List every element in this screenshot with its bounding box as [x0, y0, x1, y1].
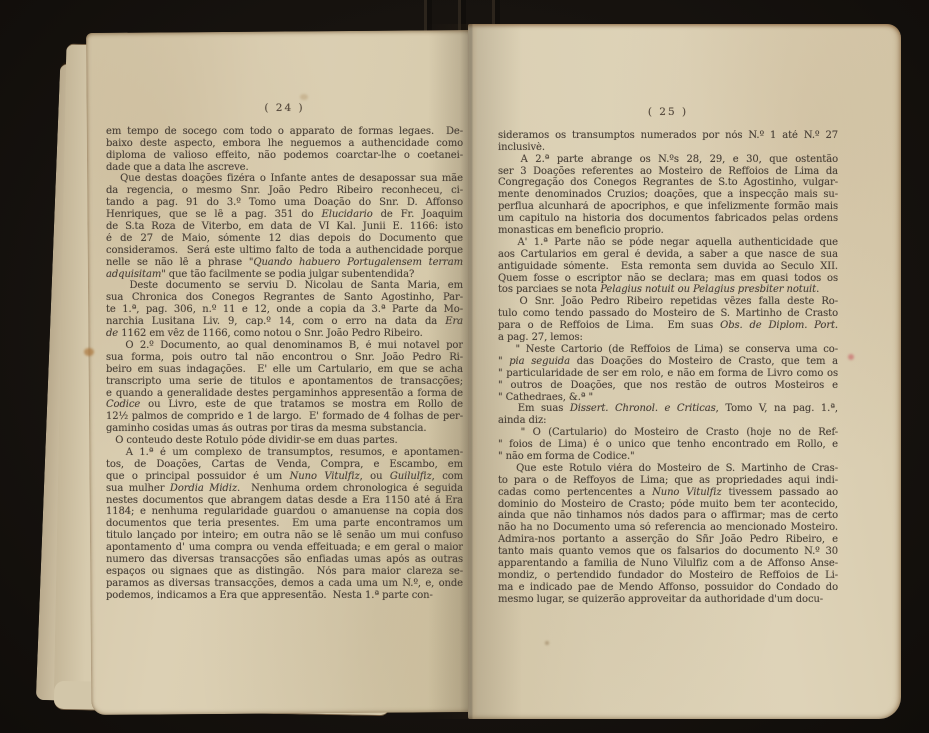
text-line: te 1.ª, pag. 306, n.º 11 e 12, onde a co…	[106, 304, 463, 316]
text-line: A' 1.ª Parte não se póde negar aquella a…	[498, 237, 838, 249]
text-line: monasticas em beneficio proprio.	[498, 225, 838, 237]
text-line: O 2.º Documento, ao qual denominamos B, …	[106, 340, 463, 352]
text-line: ser 3 Doações referentes ao Mosteiro de …	[498, 166, 838, 178]
text-line: narchia Lusitana Liv. 9, cap.º 14, com o…	[106, 316, 463, 328]
text-line: 1184; e nenhuma regularidade guardou o a…	[106, 506, 463, 518]
foxing-spot	[545, 641, 549, 645]
text-line: sua forma, pois outro tal não encontrou …	[106, 352, 463, 364]
text-line: A 2.ª parte abrange os N.ºs 28, 29, e 30…	[498, 154, 838, 166]
paragraph: O conteudo deste Rotulo póde dividir-se …	[106, 435, 463, 447]
paragraph: A' 1.ª Parte não se póde negar aquella a…	[498, 237, 838, 296]
text-line: em tempo de socego com todo o apparato d…	[106, 126, 463, 138]
text-line: A 1.ª é um complexo de transumptos, resu…	[106, 447, 463, 459]
text-line: para o de Reffoios de Lima. Em suas Obs.…	[498, 320, 838, 332]
text-line: tanto mais quanto vemos que os falsarios…	[498, 546, 838, 558]
paragraph: A 1.ª é um complexo de transumptos, resu…	[106, 447, 463, 602]
text-line: sideramos os transumptos numerados por n…	[498, 130, 838, 142]
text-line: não ha no Documento uma só referencia ao…	[498, 522, 838, 534]
paragraph: O Snr. João Pedro Ribeiro repetidas vêze…	[498, 296, 838, 344]
paragraph: Deste documento se serviu D. Nicolau de …	[106, 280, 463, 339]
text-line: nelle se não lê a phrase "Quando habuero…	[106, 257, 463, 269]
text-line: ma e indicado pae de Mendo Affonso, poss…	[498, 582, 838, 594]
text-line: mente denominados Cruzios; doações, que …	[498, 189, 838, 201]
paragraph: sideramos os transumptos numerados por n…	[498, 130, 838, 154]
text-line: numero das diversas transacções são enfi…	[106, 554, 463, 566]
text-line: apontamento d' uma compra ou venda effei…	[106, 542, 463, 554]
foxing-spot	[84, 348, 94, 356]
text-line: ainda que não tinhamos nós dados para o …	[498, 510, 838, 522]
paragraph: O 2.º Documento, ao qual denominamos B, …	[106, 340, 463, 435]
text-line: aos Cartularios em geral é devida, a sab…	[498, 249, 838, 261]
text-line: paramos as diversas transacções, demos a…	[106, 578, 463, 590]
left-page-body: em tempo de socego com todo o apparato d…	[106, 126, 463, 602]
text-line: e quando a generalidade destes pergaminh…	[106, 388, 463, 400]
text-line: O conteudo deste Rotulo póde dividir-se …	[106, 435, 463, 447]
text-line: tulo como tendo passado do Mosteiro de S…	[498, 308, 838, 320]
text-line: mondiz, o pertendido fundador do Mosteir…	[498, 570, 838, 582]
right-page-body: sideramos os transumptos numerados por n…	[498, 130, 838, 606]
text-line: consideramos. Será este ultimo falto de …	[106, 245, 463, 257]
text-line: gaminho cosidas umas ás outras por tiras…	[106, 423, 463, 435]
foxing-spot	[300, 94, 308, 100]
text-line: Congregação dos Conegos Regrantes de S.t…	[498, 177, 838, 189]
paragraph: Que destas doações fizéra o Infante ante…	[106, 173, 463, 280]
text-line: um capitulo na historia dos documentos f…	[498, 213, 838, 225]
text-line: da regencia, o mesmo Snr. João Pedro Rib…	[106, 185, 463, 197]
text-line: dade que a data lhe ascreve.	[106, 162, 463, 174]
text-line: dominio do Mosteiro de Crasto; póde muit…	[498, 499, 838, 511]
text-line: de S.ta Roza de Viterbo, em data de VI K…	[106, 221, 463, 233]
text-line: Quem fosse o escriptor não se declara; m…	[498, 273, 838, 285]
text-line: documentos que teria presentes. Em uma p…	[106, 518, 463, 530]
book-scan-photo: { "palette": { "background": "#17130f", …	[0, 0, 929, 733]
text-line: to para o de Reffoyos de Lima; que as pr…	[498, 475, 838, 487]
text-line: cadas como pertencentes a Nuno Vitulfiz …	[498, 487, 838, 499]
text-line: que o principal possuidor é um Nuno Vitu…	[106, 471, 463, 483]
text-line: perflua alcunhará de apocriphos, e que i…	[498, 201, 838, 213]
text-line: " outros de Doações, que nos restão de o…	[498, 380, 838, 392]
foxing-spot	[848, 354, 854, 360]
text-line: " foios de Lima) é o unico que tenho enc…	[498, 439, 838, 451]
paragraph: " Neste Cartorio (de Reffoios de Lima) s…	[498, 344, 838, 403]
text-line: adquisitam" que tão facilmente se podia …	[106, 269, 463, 281]
paragraph: A 2.ª parte abrange os N.ºs 28, 29, e 30…	[498, 154, 838, 237]
text-line: " Neste Cartorio (de Reffoios de Lima) s…	[498, 344, 838, 356]
text-line: Em suas Dissert. Chronol. e Criticas, To…	[498, 403, 838, 415]
text-line: Deste documento se serviu D. Nicolau de …	[106, 280, 463, 292]
text-line: " O (Cartulario) do Mosteiro de Crasto (…	[498, 427, 838, 439]
page-number-left: ( 24 )	[106, 103, 463, 115]
text-line: " particularidade de ser em rolo, e não …	[498, 368, 838, 380]
text-line: sua mulher Dordia Midiz. Nenhuma ordem c…	[106, 483, 463, 495]
text-line: espaços ou signaes que as distingão. Nós…	[106, 566, 463, 578]
text-line: " não em forma de Codice."	[498, 451, 838, 463]
text-line: diploma de valioso effeito, não podemos …	[106, 150, 463, 162]
left-page-text: ( 24 ) em tempo de socego com todo o app…	[106, 103, 463, 602]
text-line: " pia seguida das Doações do Mosteiro de…	[498, 356, 838, 368]
text-line: nestes documentos que abrangem datas des…	[106, 495, 463, 507]
text-line: tos, de Doações, Cartas de Venda, Compra…	[106, 459, 463, 471]
text-line: inclusivè.	[498, 142, 838, 154]
text-line: tando a pag. 91 do 3.º Tomo uma Doação d…	[106, 197, 463, 209]
text-line: Admira-nos portanto a asserção do Sñr Jo…	[498, 534, 838, 546]
text-line: " Cathedraes, &.ª "	[498, 392, 838, 404]
text-line: Que destas doações fizéra o Infante ante…	[106, 173, 463, 185]
text-line: mesmo lugar, se quizerão approveitar da …	[498, 594, 838, 606]
text-line: é de 27 de Maio, sómente 12 dias depois …	[106, 233, 463, 245]
paragraph: em tempo de socego com todo o apparato d…	[106, 126, 463, 174]
paragraph: Que este Rotulo viéra do Mosteiro de S. …	[498, 463, 838, 606]
text-line: O Snr. João Pedro Ribeiro repetidas vêze…	[498, 296, 838, 308]
text-line: transcripto uma serie de titulos e apont…	[106, 376, 463, 388]
paragraph: Em suas Dissert. Chronol. e Criticas, To…	[498, 403, 838, 427]
text-line: Que este Rotulo viéra do Mosteiro de S. …	[498, 463, 838, 475]
text-line: beiro em suas indagações. E' elle um Car…	[106, 364, 463, 376]
text-line: titulo lançado por inteiro; em outra não…	[106, 530, 463, 542]
text-line: Henriques, que se lê a pag. 351 do Eluci…	[106, 209, 463, 221]
text-line: baixo deste aspecto, embora lhe neguemos…	[106, 138, 463, 150]
text-line: sua Chronica dos Conegos Regrantes de Sa…	[106, 292, 463, 304]
text-line: ainda diz:	[498, 415, 838, 427]
text-line: 12½ palmos de comprido e 1 de largo. E' …	[106, 411, 463, 423]
text-line: a pag. 27, lemos:	[498, 332, 838, 344]
page-number-right: ( 25 )	[498, 107, 838, 119]
text-line: antiguidade sómente. Esta remonta sem du…	[498, 261, 838, 273]
right-page-text: ( 25 ) sideramos os transumptos numerado…	[498, 107, 838, 606]
paragraph: " O (Cartulario) do Mosteiro de Crasto (…	[498, 427, 838, 463]
text-line: podemos, indicamos a Era que appresentão…	[106, 590, 463, 602]
text-line: tos parciaes se nota Pelagius notuit ou …	[498, 284, 838, 296]
text-line: Codice ou Livro, este de que tratamos se…	[106, 399, 463, 411]
text-line: de 1162 em vêz de 1166, como notou o Snr…	[106, 328, 463, 340]
text-line: apparentando a familia de Nuno Vilulfiz …	[498, 558, 838, 570]
